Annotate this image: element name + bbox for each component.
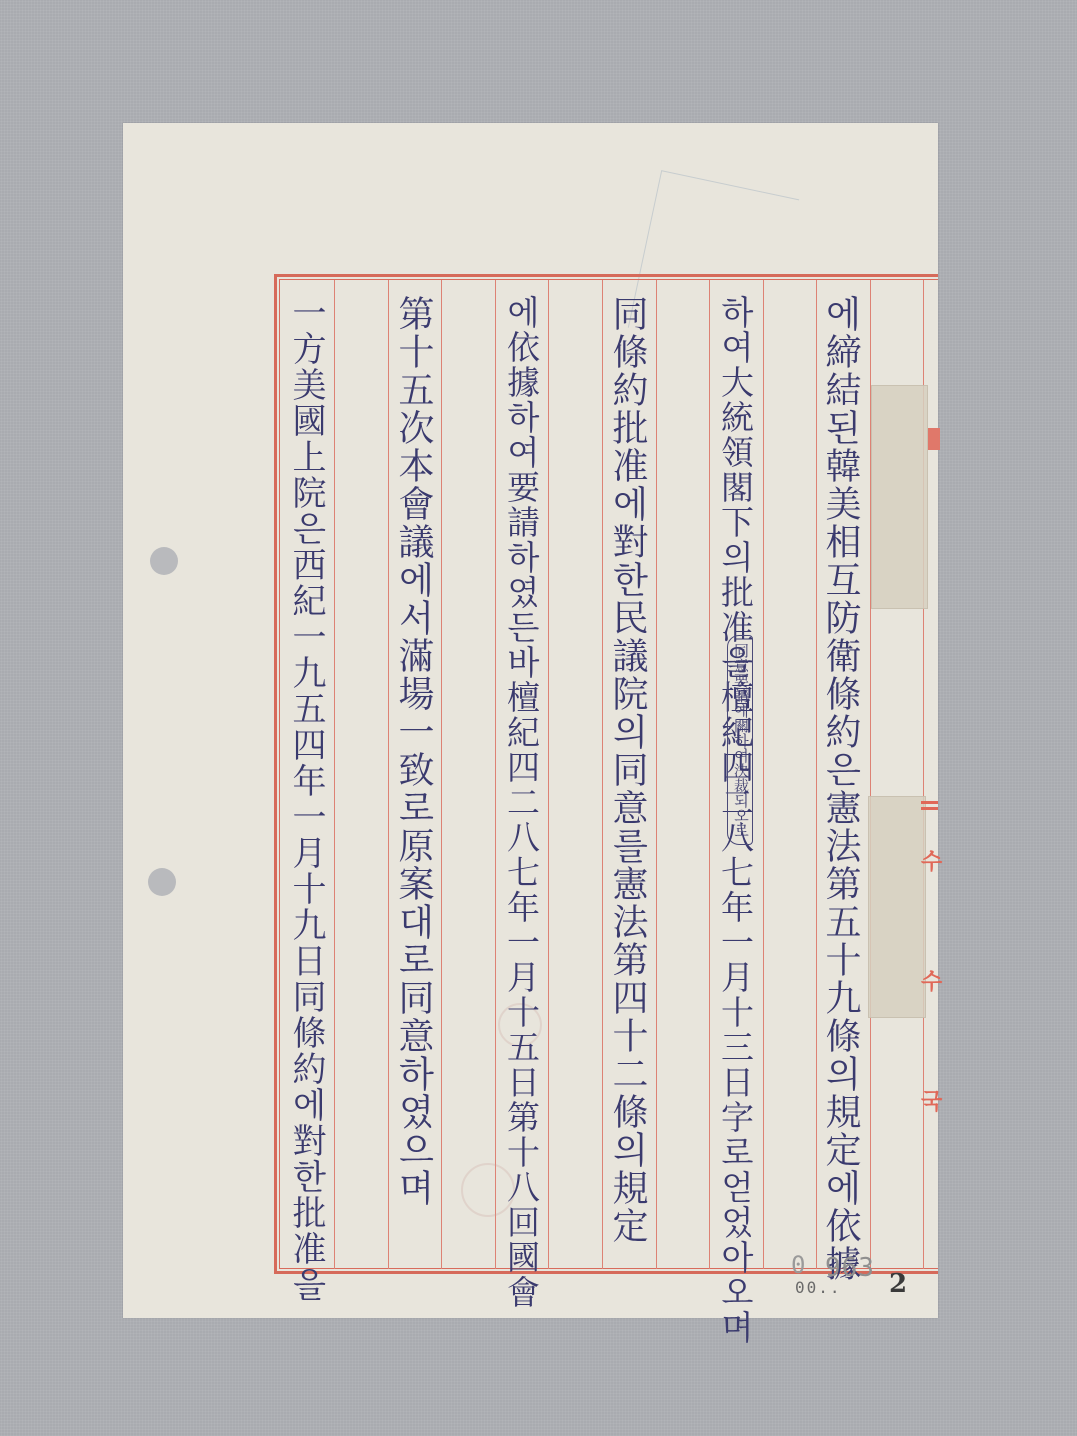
side-mark-char: 수 bbox=[921, 845, 942, 876]
column-rule bbox=[548, 280, 549, 1269]
column-rule bbox=[441, 280, 442, 1269]
column-rule bbox=[334, 280, 335, 1269]
text-column-5: 第十五次本會議에서滿場一致로原案대로同意하였으며 bbox=[386, 295, 440, 1207]
column-rule bbox=[763, 280, 764, 1269]
text-column-6: 一方美國上院은西紀一九五四年一月十九日同條約에對한批准을 bbox=[279, 295, 333, 1303]
seal-fragment bbox=[928, 428, 940, 450]
page-number: 2 bbox=[889, 1269, 907, 1299]
tape-strip-upper bbox=[871, 385, 928, 609]
text-column-1: 에締結된韓美相互防衛條約은憲法第五十九條의規定에依據 bbox=[813, 295, 867, 1283]
punch-hole-top bbox=[150, 547, 178, 575]
archive-prefix: 0 bbox=[791, 1251, 805, 1279]
tape-strip-lower bbox=[868, 796, 926, 1018]
side-mark-bar bbox=[921, 807, 938, 810]
faint-page-stamp: 00.. bbox=[795, 1278, 842, 1297]
side-mark-char: 국 bbox=[921, 1085, 942, 1116]
side-mark-char: 수 bbox=[921, 965, 942, 996]
document-page: 에締結된韓美相互防衛條約은憲法第五十九條의規定에依據 하여大統領閣下의批准을檀紀… bbox=[123, 123, 938, 1318]
margin-annotation: 同意要請에關하여決裁되오로 bbox=[727, 635, 753, 845]
side-mark-bar bbox=[921, 801, 938, 804]
punch-hole-bottom bbox=[148, 868, 176, 896]
column-rule bbox=[656, 280, 657, 1269]
text-column-3: 同條約批准에對한民議院의同意를憲法第四十二條의規定 bbox=[600, 295, 654, 1245]
text-column-4: 에依據하여要請하였든바檀紀四二八七年一月十五日第十八回國會 bbox=[493, 295, 547, 1310]
